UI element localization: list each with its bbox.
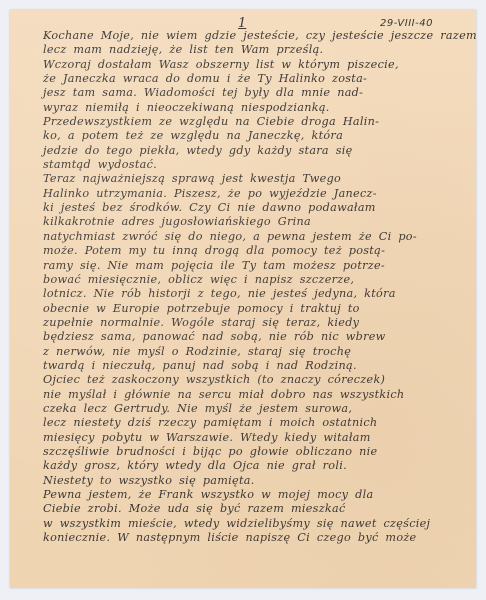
letter-line: zupełnie normalnie. Wogóle staraj się te… <box>43 316 476 330</box>
letter-line: lotnicz. Nie rób historji z tego, nie je… <box>43 287 476 301</box>
letter-line: jedzie do tego piekła, wtedy gdy każdy s… <box>43 144 476 158</box>
letter-line: czeka lecz Gertrudy. Nie myśl że jestem … <box>43 402 476 416</box>
letter-line: Pewna jestem, że Frank wszystko w mojej … <box>43 488 476 502</box>
letter-date: 29-VIII-40 <box>380 18 433 29</box>
letter-line: lecz niestety dziś rzeczy pamiętam i moi… <box>43 416 476 430</box>
letter-line: Wczoraj dostałam Wasz obszerny list w kt… <box>43 58 476 72</box>
letter-line: w wszystkim mieście, wtedy widzielibyśmy… <box>43 517 476 531</box>
letter-line: nie myślał i głównie na sercu miał dobro… <box>43 388 476 402</box>
letter-line: że Janeczka wraca do domu i że Ty Halink… <box>43 72 476 86</box>
letter-line: ko, a potem też ze względu na Janeczkę, … <box>43 129 476 143</box>
letter-body: Kochane Moje, nie wiem gdzie jesteście, … <box>43 29 476 545</box>
letter-line: każdy grosz, który wtedy dla Ojca nie gr… <box>43 459 476 473</box>
letter-line: lecz mam nadzieję, że list ten Wam prześ… <box>43 43 476 57</box>
letter-line: może. Potem my tu inną drogą dla pomocy … <box>43 244 476 258</box>
letter-line: miesięcy pobytu w Warszawie. Wtedy kiedy… <box>43 431 476 445</box>
letter-line: Przedewszystkiem ze względu na Ciebie dr… <box>43 115 476 129</box>
letter-line: koniecznie. W następnym liście napiszę C… <box>43 531 476 545</box>
letter-line: stamtąd wydostać. <box>43 158 476 172</box>
letter-line: bować miesięcznie, oblicz więc i napisz … <box>43 273 476 287</box>
letter-line: natychmiast zwróć się do niego, a pewna … <box>43 230 476 244</box>
letter-line: kilkakrotnie adres jugosłowiańskiego Gri… <box>43 215 476 229</box>
letter-line: ramy się. Nie mam pojęcia ile Ty tam moż… <box>43 259 476 273</box>
letter-line: będziesz sama, panować nad sobą, nie rób… <box>43 330 476 344</box>
letter-line: obecnie w Europie potrzebuje pomocy i tr… <box>43 302 476 316</box>
letter-line: z nerwów, nie myśl o Rodzinie, staraj si… <box>43 345 476 359</box>
letter-line: Teraz najważniejszą sprawą jest kwestja … <box>43 172 476 186</box>
letter-line: jesz tam sama. Wiadomości tej były dla m… <box>43 86 476 100</box>
letter-line: Ciebie zrobi. Może uda się być razem mie… <box>43 502 476 516</box>
letter-page: 1 29-VIII-40 Kochane Moje, nie wiem gdzi… <box>10 10 476 588</box>
letter-line: wyraz niemiłą i nieoczekiwaną niespodzia… <box>43 101 476 115</box>
letter-line: Kochane Moje, nie wiem gdzie jesteście, … <box>43 29 476 43</box>
letter-line: Niestety to wszystko się pamięta. <box>43 474 476 488</box>
letter-line: szczęśliwie brudności i bijąc po głowie … <box>43 445 476 459</box>
letter-line: Ojciec też zaskoczony wszystkich (to zna… <box>43 373 476 387</box>
letter-line: Halinko utrzymania. Piszesz, że po wyjeź… <box>43 187 476 201</box>
letter-line: ki jesteś bez środków. Czy Ci nie dawno … <box>43 201 476 215</box>
letter-line: twardą i nieczułą, panuj nad sobą i nad … <box>43 359 476 373</box>
